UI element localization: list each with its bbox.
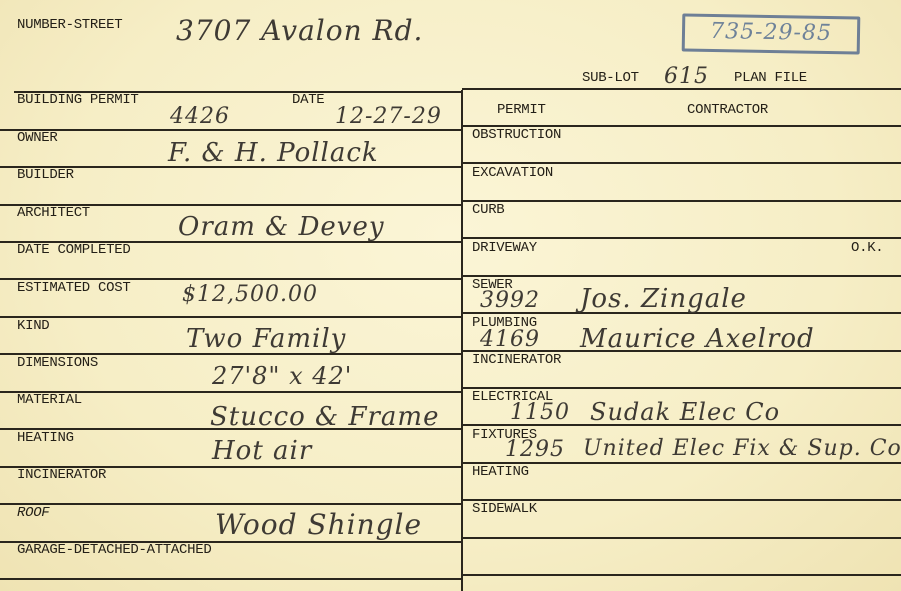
date-label: DATE	[292, 92, 324, 108]
rule	[462, 574, 901, 576]
estimated-cost-value: $12,500.00	[182, 282, 318, 307]
rule	[0, 503, 462, 505]
driveway-label: DRIVEWAY	[472, 240, 537, 256]
rule	[0, 578, 462, 580]
fixtures-contractor: United Elec Fix & Sup. Co	[583, 436, 901, 461]
rule	[462, 200, 901, 202]
estimated-cost-label: ESTIMATED COST	[17, 280, 130, 296]
kind-value: Two Family	[186, 324, 346, 354]
date-value: 12-27-29	[335, 104, 442, 129]
address-value: 3707 Avalon Rd.	[176, 14, 423, 47]
owner-value: F. & H. Pollack	[168, 138, 379, 168]
sidewalk-label: SIDEWALK	[472, 501, 537, 517]
rule	[462, 237, 901, 239]
permit-header: PERMIT	[497, 102, 546, 118]
date-completed-label: DATE COMPLETED	[17, 242, 130, 258]
rule	[462, 162, 901, 164]
building-permit-label: BUILDING PERMIT	[17, 92, 139, 108]
file-number-stamp: 735-29-85	[682, 13, 861, 54]
roof-value: Wood Shingle	[215, 508, 422, 541]
owner-label: OWNER	[17, 130, 58, 146]
obstruction-label: OBSTRUCTION	[472, 127, 561, 143]
rule	[0, 316, 462, 318]
excavation-label: EXCAVATION	[472, 165, 553, 181]
sub-lot-value: 615	[664, 64, 709, 89]
sewer-contractor: Jos. Zingale	[580, 284, 747, 314]
rule	[462, 275, 901, 277]
rule	[462, 88, 901, 90]
builder-label: BUILDER	[17, 167, 74, 183]
rule	[0, 129, 462, 131]
material-label: MATERIAL	[17, 392, 82, 408]
plan-file-label: PLAN FILE	[734, 70, 807, 86]
building-permit-value: 4426	[170, 104, 230, 129]
material-value: Stucco & Frame	[210, 402, 439, 432]
curb-label: CURB	[472, 202, 504, 218]
sewer-permit: 3992	[480, 288, 540, 313]
architect-label: ARCHITECT	[17, 205, 90, 221]
garage-label: GARAGE-DETACHED-ATTACHED	[17, 542, 211, 558]
number-street-label: NUMBER-STREET	[17, 17, 122, 33]
permit-card: NUMBER-STREET 3707 Avalon Rd. 735-29-85 …	[0, 0, 901, 591]
heating-label: HEATING	[17, 430, 74, 446]
dimensions-value: 27'8" x 42'	[212, 362, 352, 390]
roof-label: ROOF	[17, 505, 49, 521]
electrical-permit: 1150	[510, 400, 570, 425]
rule	[462, 537, 901, 539]
plumbing-contractor: Maurice Axelrod	[580, 324, 815, 354]
dimensions-label: DIMENSIONS	[17, 355, 98, 371]
incinerator-label: INCINERATOR	[17, 467, 106, 483]
sub-lot-label: SUB-LOT	[582, 70, 639, 86]
contractor-header: CONTRACTOR	[687, 102, 768, 118]
fixtures-permit: 1295	[505, 437, 565, 462]
kind-label: KIND	[17, 318, 49, 334]
heating-permit-label: HEATING	[472, 464, 529, 480]
incinerator-permit-label: INCINERATOR	[472, 352, 561, 368]
driveway-note: O.K.	[851, 240, 883, 256]
plumbing-permit: 4169	[480, 327, 540, 352]
architect-value: Oram & Devey	[178, 212, 385, 242]
heating-value: Hot air	[212, 436, 312, 466]
electrical-contractor: Sudak Elec Co	[590, 398, 780, 426]
